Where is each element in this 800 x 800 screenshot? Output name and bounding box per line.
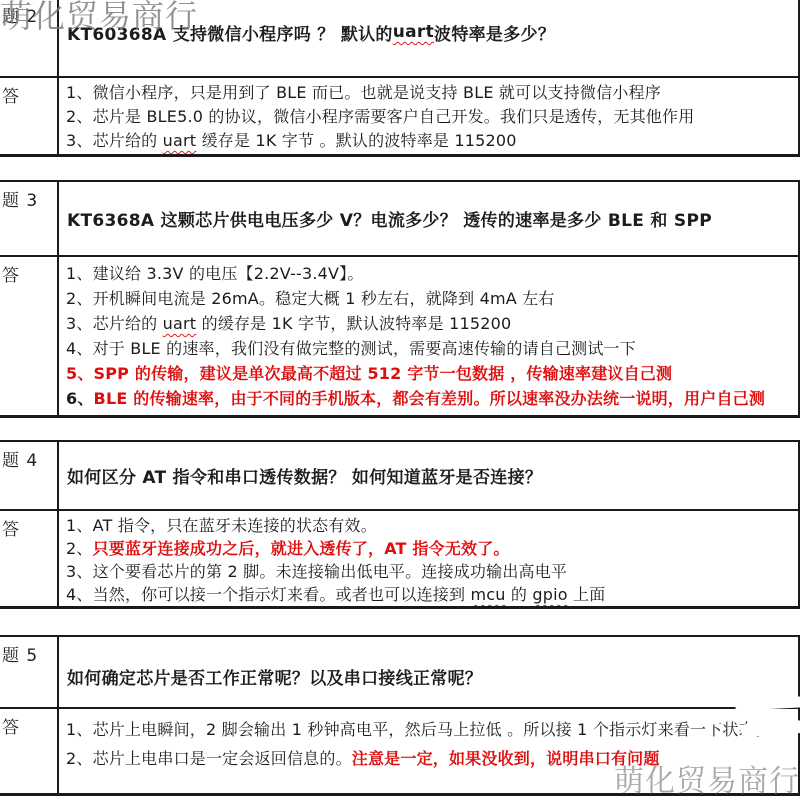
text-segment: 2、 xyxy=(66,539,93,558)
answer-line: 2、开机瞬间电流是 26mA。稳定大概 1 秒左右，就降到 4mA 左右 xyxy=(66,286,798,311)
answer-row: 答 1、微信小程序，只是用到了 BLE 而已。也就是说支持 BLE 就可以支持微… xyxy=(0,78,800,157)
text-segment: 2、开机瞬间电流是 26mA。稳定大概 1 秒左右，就降到 4mA 左右 xyxy=(66,289,555,308)
qa-block-5: 题 5 如何确定芯片是否工作正常呢？以及串口接线正常呢？ 答 1、芯片上电瞬间，… xyxy=(0,635,800,796)
answer-line: 2、芯片是 BLE5.0 的协议，微信小程序需要客户自己开发。我们只是透传，无其… xyxy=(66,105,798,129)
text-segment: 4、对于 BLE 的速率，我们没有做完整的测试，需要高速传输的请自己测试一下 xyxy=(66,339,636,358)
qa-block-3: 题 3 KT6368A 这颗芯片供电电压多少 V？电流多少？ 透传的速率是多少 … xyxy=(0,180,800,418)
answer-line: 4、对于 BLE 的速率，我们没有做完整的测试，需要高速传输的请自己测试一下 xyxy=(66,336,798,361)
answer-line: 1、微信小程序，只是用到了 BLE 而已。也就是说支持 BLE 就可以支持微信小… xyxy=(66,81,798,105)
spellcheck-underlined-text: uart xyxy=(393,22,434,42)
question-label: 题 4 xyxy=(0,442,59,509)
text-segment: 波特率是多少？ xyxy=(434,20,555,45)
answer-line: 4、当然，你可以接一个指示灯来看。或者也可以连接到 mcu 的 gpio 上面 xyxy=(66,583,798,606)
text-segment: 上面 xyxy=(568,585,606,604)
highlight-red-text: 5、SPP 的传输，建议是单次最高不超过 512 字节一包数据 ，传输速率建议自… xyxy=(66,364,672,383)
text-segment: 的缓存是 1K 字节，默认波特率是 115200 xyxy=(196,314,511,333)
question-text: KT60368A 支持微信小程序吗 ？ 默认的 uart 波特率是多少？ xyxy=(59,0,800,76)
answer-line: 3、芯片给的 uart 的缓存是 1K 字节，默认波特率是 115200 xyxy=(66,311,798,336)
text-segment: 3、这个要看芯片的第 2 脚。未连接输出低电平。连接成功输出高电平 xyxy=(66,562,567,581)
text-segment: 1、微信小程序，只是用到了 BLE 而已。也就是说支持 BLE 就可以支持微信小… xyxy=(66,83,661,102)
question-row: 题 5 如何确定芯片是否工作正常呢？以及串口接线正常呢？ xyxy=(0,635,800,709)
question-label: 题 2 xyxy=(0,0,59,76)
text-segment: 2、芯片是 BLE5.0 的协议，微信小程序需要客户自己开发。我们只是透传，无其… xyxy=(66,107,694,126)
highlight-red-text: 注意是一定，如果没收到，说明串口有问题 xyxy=(352,749,660,768)
question-text: KT6368A 这颗芯片供电电压多少 V？电流多少？ 透传的速率是多少 BLE … xyxy=(59,182,800,255)
answer-line: 3、芯片给的 uart 缓存是 1K 字节 。默认的波特率是 115200 xyxy=(66,129,798,153)
text-segment: 3、芯片给的 xyxy=(66,314,163,333)
answer-line: 1、芯片上电瞬间，2 脚会输出 1 秒钟高电平，然后马上拉低 。所以接 1 个指… xyxy=(66,715,798,744)
answer-text: 1、建议给 3.3V 的电压【2.2V--3.4V】。2、开机瞬间电流是 26m… xyxy=(59,257,800,415)
question-text: 如何区分 AT 指令和串口透传数据？ 如何知道蓝牙是否连接？ xyxy=(59,442,800,509)
spellcheck-underlined-text: mcu xyxy=(470,585,505,604)
answer-text: 1、AT 指令，只在蓝牙未连接的状态有效。2、只要蓝牙连接成功之后，就进入透传了… xyxy=(59,511,800,606)
answer-row: 答 1、建议给 3.3V 的电压【2.2V--3.4V】。2、开机瞬间电流是 2… xyxy=(0,257,800,418)
answer-row: 答 1、AT 指令，只在蓝牙未连接的状态有效。2、只要蓝牙连接成功之后，就进入透… xyxy=(0,511,800,609)
text-segment: 6、 xyxy=(66,389,94,408)
text-segment: 缓存是 1K 字节 。默认的波特率是 115200 xyxy=(196,131,516,150)
highlight-red-text: BLE 的传输速率，由于不同的手机版本，都会有差别。所以速率没办法统一说明，用户… xyxy=(94,389,766,408)
answer-label: 答 xyxy=(0,511,59,606)
text-segment: 如何区分 AT 指令和串口透传数据？ 如何知道蓝牙是否连接？ xyxy=(67,463,542,488)
answer-label: 答 xyxy=(0,78,59,154)
answer-text: 1、芯片上电瞬间，2 脚会输出 1 秒钟高电平，然后马上拉低 。所以接 1 个指… xyxy=(59,709,800,793)
qa-block-4: 题 4 如何区分 AT 指令和串口透传数据？ 如何知道蓝牙是否连接？ 答 1、A… xyxy=(0,440,800,609)
spellcheck-underlined-text: uart xyxy=(163,131,197,150)
answer-line: 3、这个要看芯片的第 2 脚。未连接输出低电平。连接成功输出高电平 xyxy=(66,560,798,583)
text-segment: 4、当然，你可以接一个指示灯来看。或者也可以连接到 xyxy=(66,585,470,604)
question-label: 题 5 xyxy=(0,637,59,707)
text-segment: 3、芯片给的 xyxy=(66,131,163,150)
question-label: 题 3 xyxy=(0,182,59,255)
question-row: 题 4 如何区分 AT 指令和串口透传数据？ 如何知道蓝牙是否连接？ xyxy=(0,440,800,511)
spellcheck-underlined-text: gpio xyxy=(532,585,567,604)
answer-line: 2、只要蓝牙连接成功之后，就进入透传了，AT 指令无效了。 xyxy=(66,537,798,560)
text-segment: 1、建议给 3.3V 的电压【2.2V--3.4V】。 xyxy=(66,264,364,283)
question-text: 如何确定芯片是否工作正常呢？以及串口接线正常呢？ xyxy=(59,637,800,707)
answer-line: 5、SPP 的传输，建议是单次最高不超过 512 字节一包数据 ，传输速率建议自… xyxy=(66,361,798,386)
text-segment: 的 xyxy=(506,585,533,604)
text-segment: 如何确定芯片是否工作正常呢？以及串口接线正常呢？ xyxy=(67,664,482,689)
answer-line: 2、芯片上电串口是一定会返回信息的。注意是一定，如果没收到，说明串口有问题 xyxy=(66,744,798,773)
text-segment: 1、芯片上电瞬间，2 脚会输出 1 秒钟高电平，然后马上拉低 。所以接 1 个指… xyxy=(66,720,771,739)
qa-block-2: 题 2 KT60368A 支持微信小程序吗 ？ 默认的 uart 波特率是多少？… xyxy=(0,0,800,157)
answer-label: 答 xyxy=(0,257,59,415)
answer-row: 答 1、芯片上电瞬间，2 脚会输出 1 秒钟高电平，然后马上拉低 。所以接 1 … xyxy=(0,709,800,796)
text-segment: KT60368A 支持微信小程序吗 ？ 默认的 xyxy=(67,20,393,45)
answer-text: 1、微信小程序，只是用到了 BLE 而已。也就是说支持 BLE 就可以支持微信小… xyxy=(59,78,800,154)
spellcheck-underlined-text: uart xyxy=(163,314,197,333)
answer-label: 答 xyxy=(0,709,59,793)
answer-line: 1、AT 指令，只在蓝牙未连接的状态有效。 xyxy=(66,514,798,537)
text-segment: 2、芯片上电串口是一定会返回信息的。 xyxy=(66,749,352,768)
question-row: 题 2 KT60368A 支持微信小程序吗 ？ 默认的 uart 波特率是多少？ xyxy=(0,0,800,78)
highlight-red-text: 只要蓝牙连接成功之后，就进入透传了，AT 指令无效了。 xyxy=(93,539,510,558)
question-row: 题 3 KT6368A 这颗芯片供电电压多少 V？电流多少？ 透传的速率是多少 … xyxy=(0,180,800,257)
answer-line: 1、建议给 3.3V 的电压【2.2V--3.4V】。 xyxy=(66,261,798,286)
text-segment: 1、AT 指令，只在蓝牙未连接的状态有效。 xyxy=(66,516,377,535)
answer-line: 6、BLE 的传输速率，由于不同的手机版本，都会有差别。所以速率没办法统一说明，… xyxy=(66,386,798,411)
document-page: 题 2 KT60368A 支持微信小程序吗 ？ 默认的 uart 波特率是多少？… xyxy=(0,0,800,800)
text-segment: KT6368A 这颗芯片供电电压多少 V？电流多少？ 透传的速率是多少 BLE … xyxy=(67,206,712,231)
